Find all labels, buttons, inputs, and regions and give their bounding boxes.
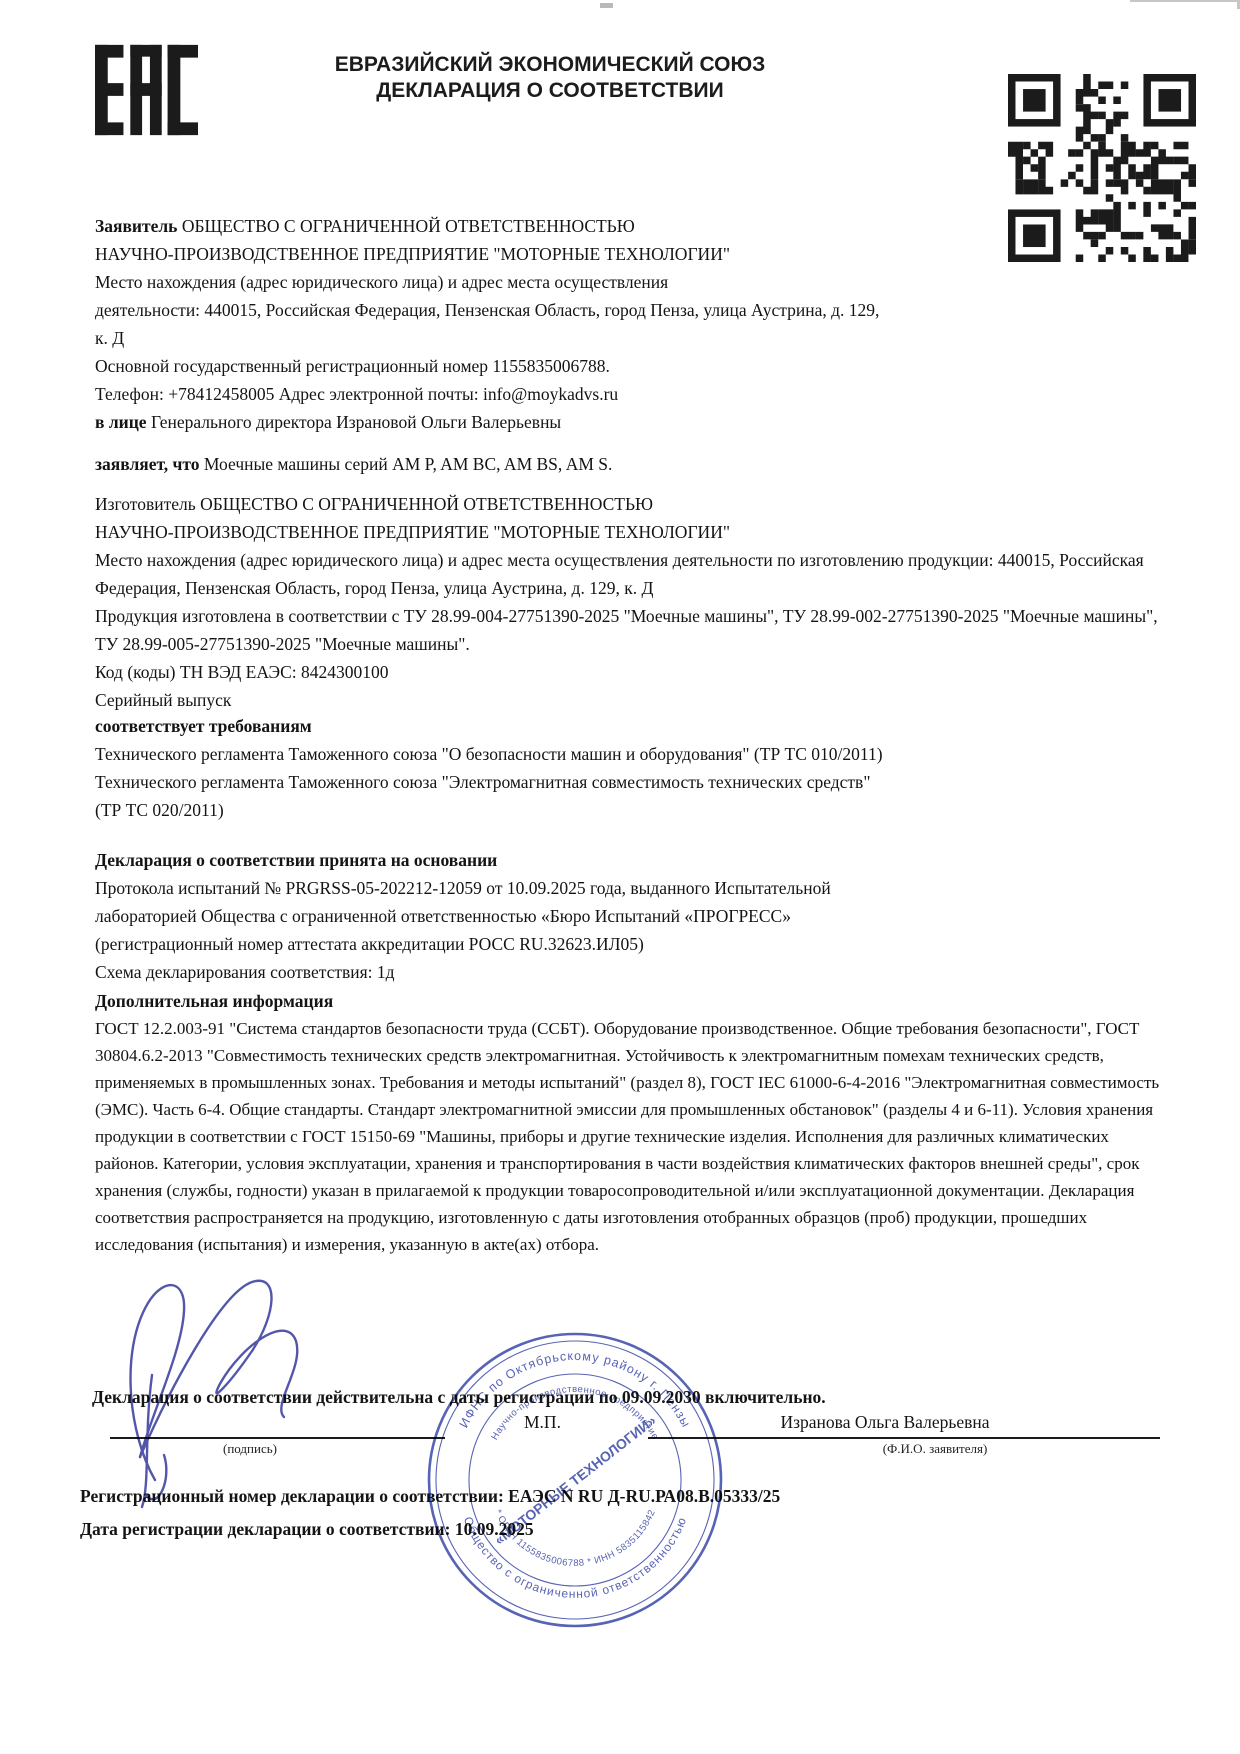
applicant-ogrn: Основной государственный регистрационный… [95,352,880,380]
additional-info-heading: Дополнительная информация [95,988,1170,1015]
stamp-center-name: «МОТОРНЫЕ ТЕХНОЛОГИИ» [491,1412,659,1548]
additional-info-text: ГОСТ 12.2.003-91 "Система стандартов без… [95,1015,1170,1258]
serial-issue: Серийный выпуск [95,686,1160,714]
declares-label: заявляет, что [95,454,200,474]
applicant-address-rest: деятельности: 440015, Российская Федерац… [95,296,880,352]
applicant-section: Заявитель ОБЩЕСТВО С ОГРАНИЧЕННОЙ ОТВЕТС… [95,212,880,436]
applicant-label: Заявитель [95,216,177,236]
applicant-name-line2: НАУЧНО-ПРОИЗВОДСТВЕННОЕ ПРЕДПРИЯТИЕ "МОТ… [95,240,880,268]
scan-artifact-corner-h [1130,0,1240,2]
regulation-line: Технического регламента Таможенного союз… [95,768,1160,796]
applicant-contacts: Телефон: +78412458005 Адрес электронной … [95,380,880,408]
manufacturer-name-line2: НАУЧНО-ПРОИЗВОДСТВЕННОЕ ПРЕДПРИЯТИЕ "МОТ… [95,518,1160,546]
basis-heading: Декларация о соответствии принята на осн… [95,846,925,874]
eac-logo [95,44,198,136]
regulation-line: (ТР ТС 020/2011) [95,796,1160,824]
declares-section: заявляет, что Моечные машины серий AM P,… [95,450,1160,478]
basis-section: Декларация о соответствии принята на осн… [95,846,925,986]
qr-code [1008,74,1196,262]
product-description: Моечные машины серий AM P, AM BC, AM BS,… [204,454,612,474]
manufacturer-tu: Продукция изготовлена в соответствии с Т… [95,602,1160,658]
manufacturer-address: Место нахождения (адрес юридического лиц… [95,546,1160,602]
tnved-code: Код (коды) ТН ВЭД ЕАЭС: 8424300100 [95,658,1160,686]
in-person-label: в лице [95,412,147,432]
compliance-section: соответствует требованиям Технического р… [95,712,1160,824]
compliance-heading: соответствует требованиям [95,712,1160,740]
manufacturer-section: Изготовитель ОБЩЕСТВО С ОГРАНИЧЕННОЙ ОТВ… [95,490,1160,714]
company-stamp: ИФНС по Октябрьскому району г. Пензы Общ… [425,1330,725,1630]
additional-info-section: Дополнительная информация ГОСТ 12.2.003-… [95,988,1170,1258]
test-protocol: Протокола испытаний № PRGRSS-05-202212-1… [95,874,925,958]
eac-logo-graphic [95,44,198,136]
applicant-in-person: в лице Генерального директора Израновой … [95,408,880,436]
fio-caption: (Ф.И.О. заявителя) [700,1442,1170,1456]
applicant-name-line1: Заявитель ОБЩЕСТВО С ОГРАНИЧЕННОЙ ОТВЕТС… [95,212,880,240]
document-title-block: ЕВРАЗИЙСКИЙ ЭКОНОМИЧЕСКИЙ СОЮЗ ДЕКЛАРАЦИ… [300,52,800,104]
scan-artifact-top [600,3,613,8]
stamp-outer-bottom-text: Общество с ограниченной ответственностью [461,1515,690,1601]
declaration-document-page: ЕВРАЗИЙСКИЙ ЭКОНОМИЧЕСКИЙ СОЮЗ ДЕКЛАРАЦИ… [0,0,1240,1754]
handwritten-signature [100,1255,410,1515]
manufacturer-name-line1: Изготовитель ОБЩЕСТВО С ОГРАНИЧЕННОЙ ОТВ… [95,490,1160,518]
manufacturer-label: Изготовитель [95,494,196,514]
declaration-scheme: Схема декларирования соответствия: 1д [95,958,925,986]
applicant-address-line1: Место нахождения (адрес юридического лиц… [95,268,880,296]
qr-code-graphic [1008,74,1196,262]
svg-text:Общество с ограниченной ответс: Общество с ограниченной ответственностью [461,1515,690,1601]
doc-title: ДЕКЛАРАЦИЯ О СООТВЕТСТВИИ [300,78,800,104]
union-title: ЕВРАЗИЙСКИЙ ЭКОНОМИЧЕСКИЙ СОЮЗ [300,52,800,78]
regulation-line: Технического регламента Таможенного союз… [95,740,1160,768]
